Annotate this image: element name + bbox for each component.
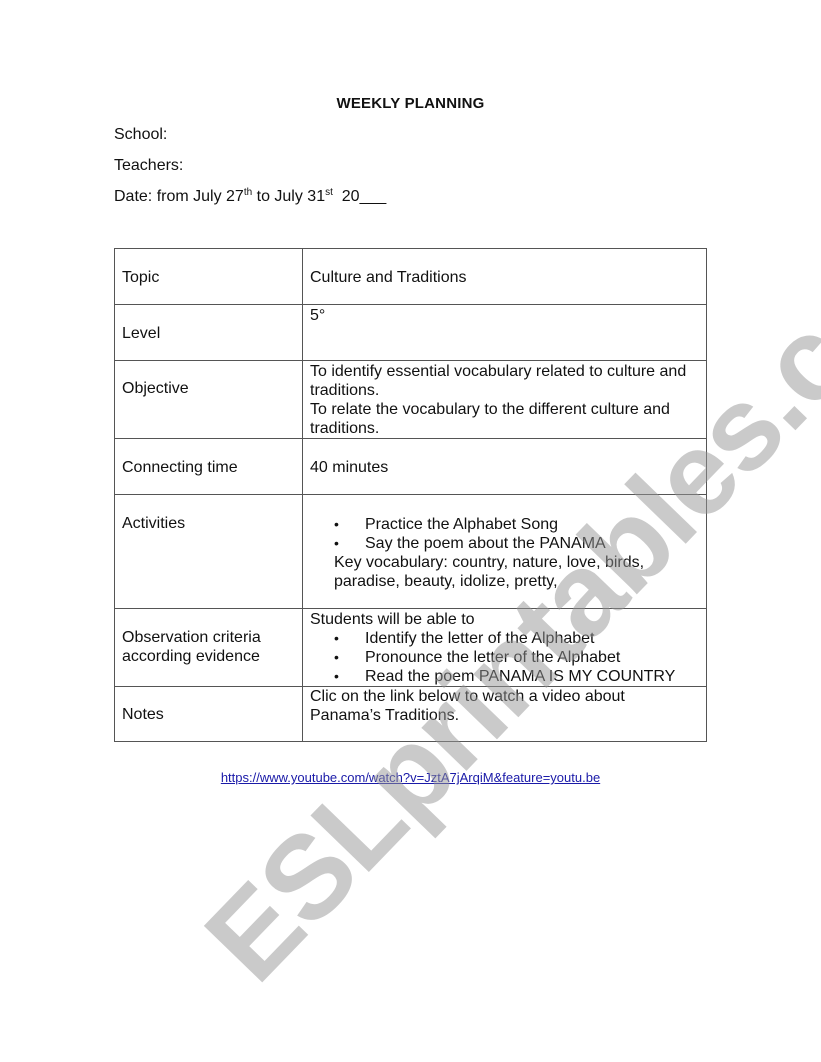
objective-line-2: To relate the vocabulary to the differen… (310, 400, 700, 438)
list-item: Identify the letter of the Alphabet (310, 629, 700, 648)
school-label: School: (114, 126, 167, 144)
date-middle: to July 31 (252, 188, 325, 205)
list-item: Pronounce the letter of the Alphabet (310, 648, 700, 667)
planning-table: Topic Culture and Traditions Level 5° Ob… (114, 248, 707, 742)
activities-list: Practice the Alphabet Song Say the poem … (334, 515, 700, 553)
teachers-label: Teachers: (114, 157, 183, 175)
notes-label: Notes (122, 687, 302, 724)
topic-label: Topic (122, 249, 302, 287)
observation-label: Observation criteria according evidence (122, 609, 302, 666)
connecting-time-label: Connecting time (122, 439, 302, 477)
notes-value: Clic on the link below to watch a video … (310, 687, 700, 725)
table-row-level: Level 5° (115, 305, 707, 361)
objective-label: Objective (122, 361, 302, 398)
table-row-activities: Activities Practice the Alphabet Song Sa… (115, 495, 707, 609)
table-row-notes: Notes Clic on the link below to watch a … (115, 687, 707, 742)
table-row-topic: Topic Culture and Traditions (115, 249, 707, 305)
date-sup-2: st (325, 187, 333, 198)
objective-line-1: To identify essential vocabulary related… (310, 362, 700, 400)
list-item: Read the poem PANAMA IS MY COUNTRY (310, 667, 700, 686)
connecting-time-value: 40 minutes (310, 439, 700, 477)
observation-intro: Students will be able to (310, 610, 700, 629)
topic-value: Culture and Traditions (310, 249, 700, 287)
level-label: Level (122, 305, 302, 343)
level-value: 5° (310, 305, 700, 325)
list-item: Say the poem about the PANAMA (334, 534, 700, 553)
date-suffix: 20___ (333, 188, 386, 205)
observation-list: Identify the letter of the Alphabet Pron… (310, 629, 700, 686)
table-row-observation: Observation criteria according evidence … (115, 609, 707, 687)
youtube-link[interactable]: https://www.youtube.com/watch?v=JztA7jAr… (0, 770, 821, 785)
list-item: Practice the Alphabet Song (334, 515, 700, 534)
page-title: WEEKLY PLANNING (0, 95, 821, 112)
table-row-connecting-time: Connecting time 40 minutes (115, 439, 707, 495)
date-sup-1: th (244, 187, 252, 198)
date-line: Date: from July 27th to July 31st 20___ (114, 188, 386, 206)
key-vocabulary: Key vocabulary: country, nature, love, b… (334, 553, 700, 591)
activities-label: Activities (122, 495, 302, 533)
date-prefix: Date: from July 27 (114, 188, 244, 205)
table-row-objective: Objective To identify essential vocabula… (115, 361, 707, 439)
